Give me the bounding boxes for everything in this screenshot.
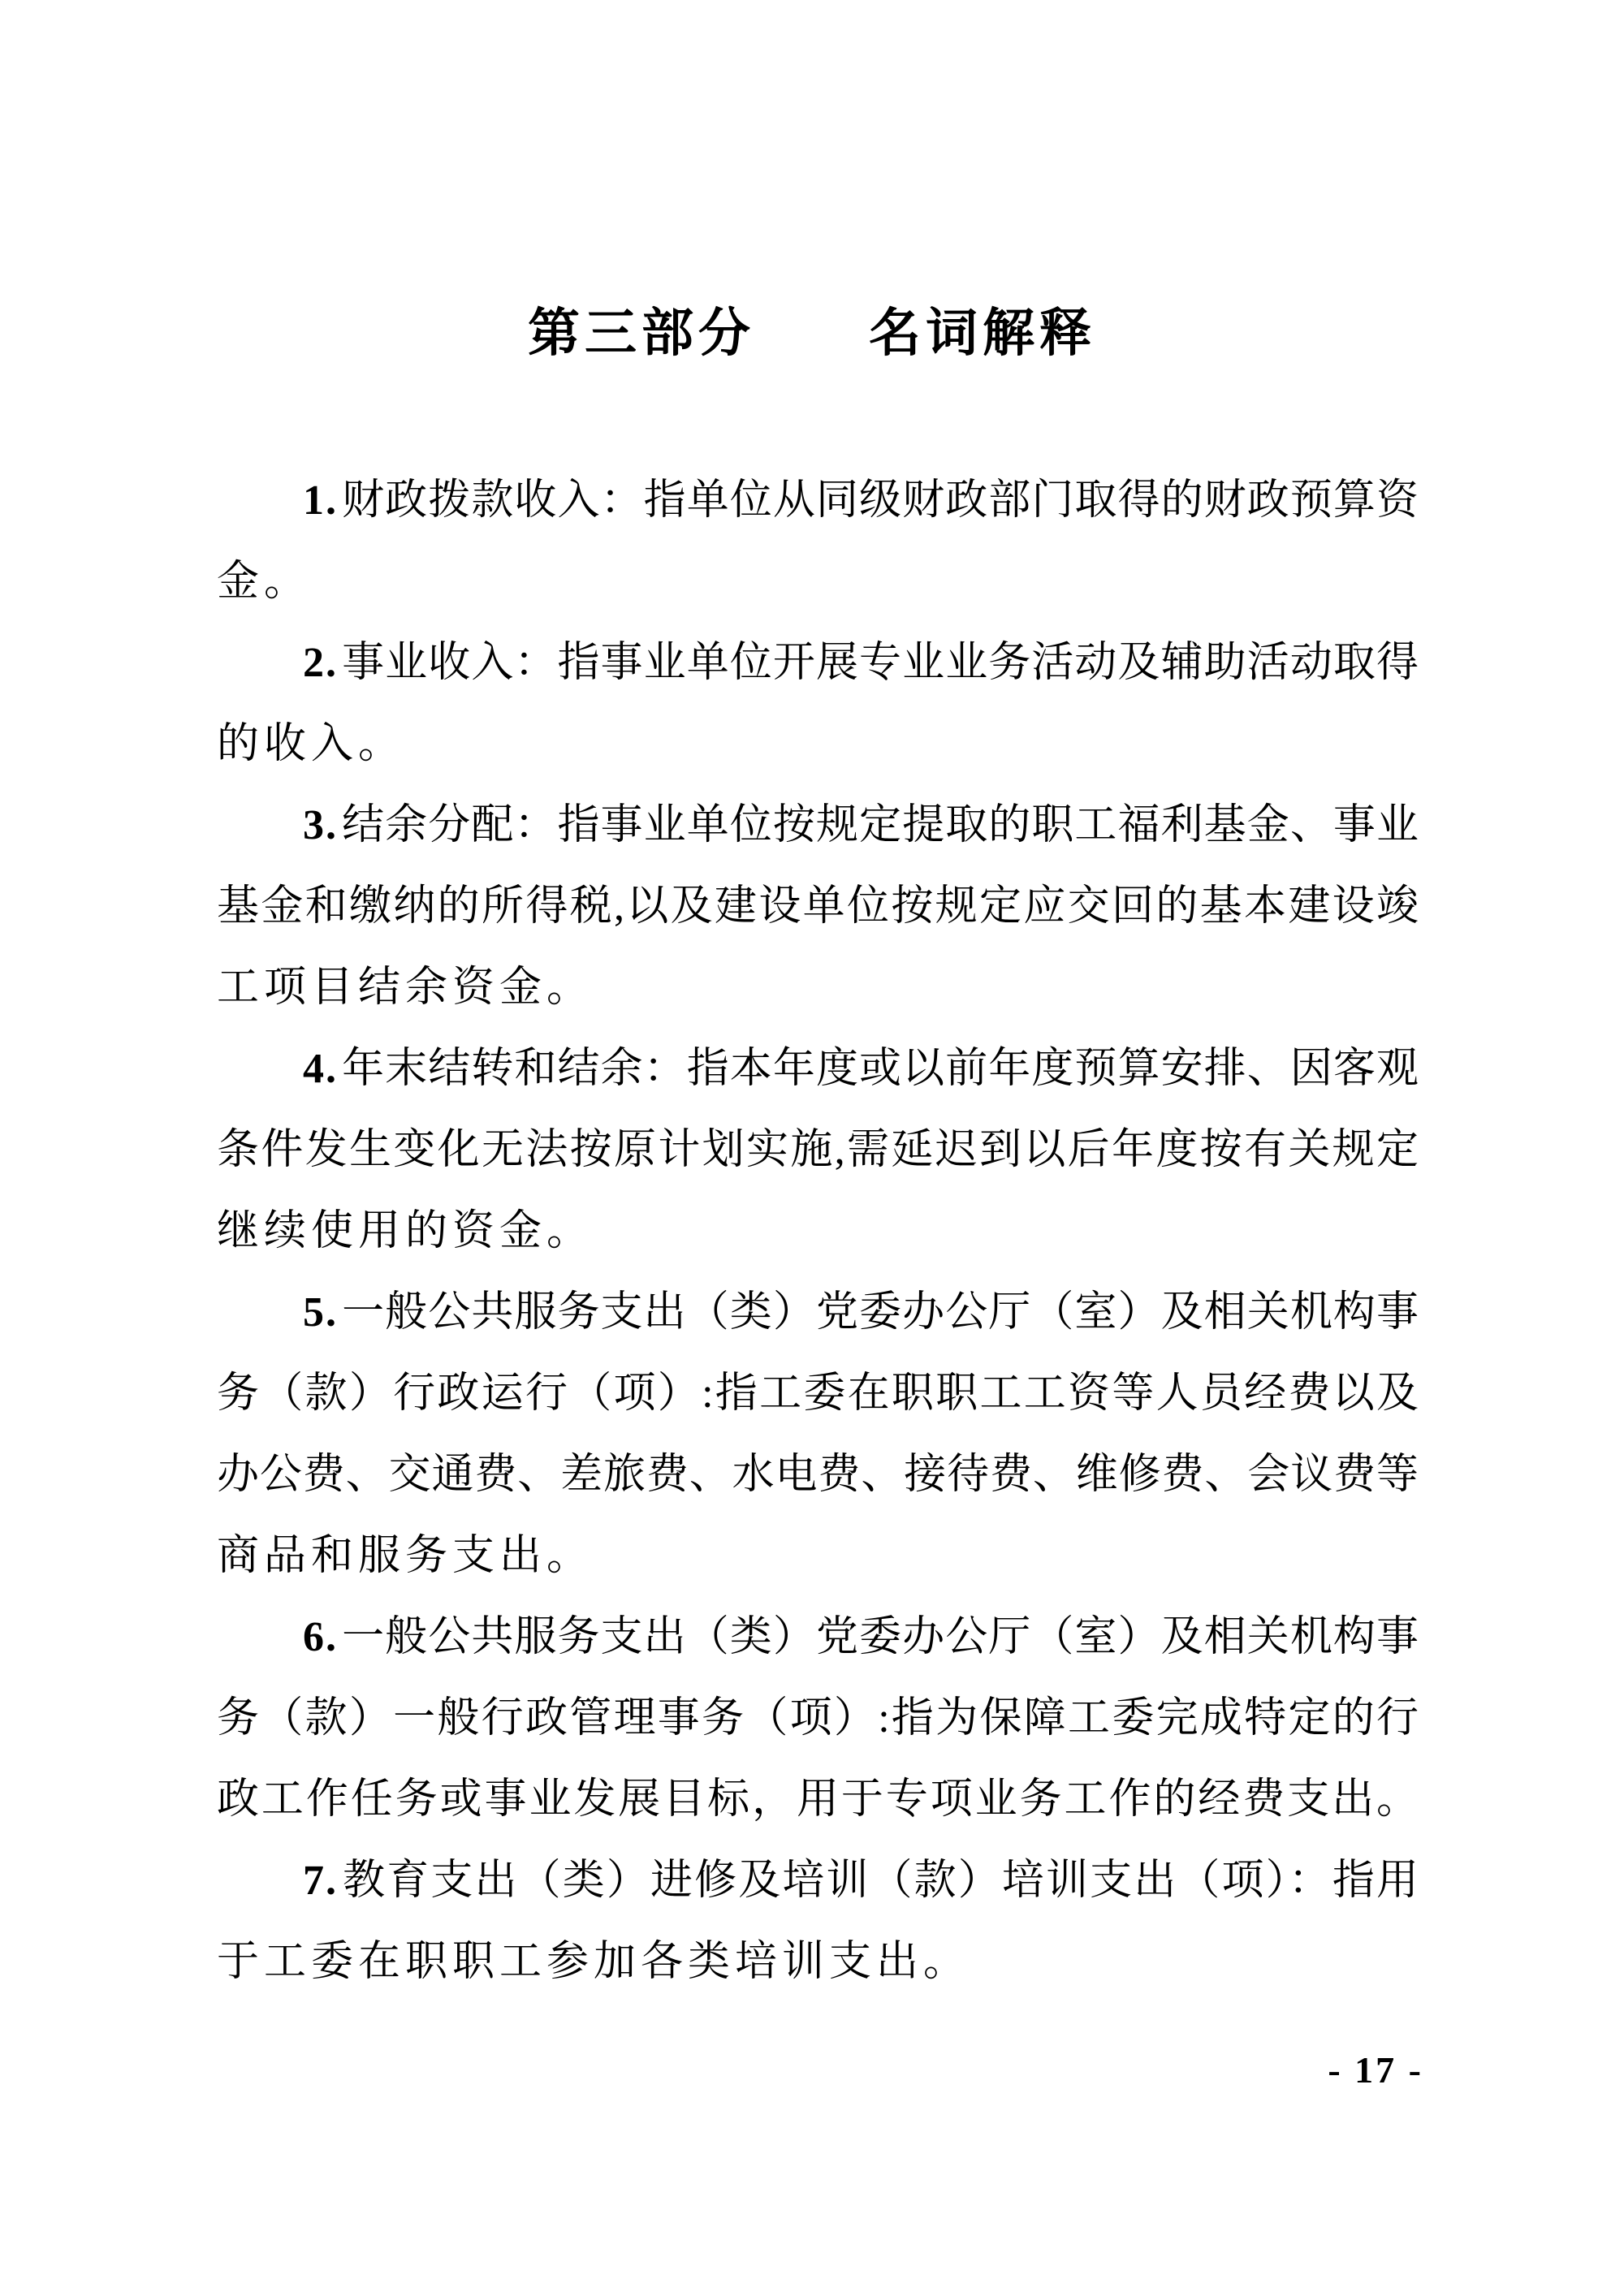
list-number: 1. [303, 477, 341, 524]
body-text: 1.财政拨款收入：指单位从同级财政部门取得的财政预算资金。2.事业收入：指事业单… [217, 460, 1419, 2003]
list-number: 3. [303, 802, 341, 848]
list-number: 5. [303, 1289, 341, 1336]
page-title: 第三部分 名词解释 [0, 299, 1624, 367]
list-number: 7. [303, 1858, 341, 1904]
text-line: 的收入。 [217, 704, 1419, 785]
text-line: 4.年末结转和结余：指本年度或以前年度预算安排、因客观 [217, 1029, 1419, 1110]
text-line: 基金和缴纳的所得税,以及建设单位按规定应交回的基本建设竣 [217, 866, 1419, 947]
text-line: 办公费、交通费、差旅费、水电费、接待费、维修费、会议费等 [217, 1435, 1419, 1516]
text-line: 于工委在职职工参加各类培训支出。 [217, 1922, 1419, 2003]
page-number: - 17 - [1328, 2050, 1423, 2091]
text-line: 继续使用的资金。 [217, 1191, 1419, 1272]
text-line: 6.一般公共服务支出（类）党委办公厅（室）及相关机构事 [217, 1597, 1419, 1678]
text-line: 政工作任务或事业发展目标，用于专项业务工作的经费支出。 [217, 1759, 1419, 1841]
text-line: 1.财政拨款收入：指单位从同级财政部门取得的财政预算资 [217, 460, 1419, 542]
list-number: 2. [303, 640, 341, 686]
text-line: 务（款）一般行政管理事务（项）:指为保障工委完成特定的行 [217, 1678, 1419, 1759]
text-line: 商品和服务支出。 [217, 1516, 1419, 1597]
text-line: 工项目结余资金。 [217, 947, 1419, 1029]
list-number: 4. [303, 1046, 341, 1092]
text-line: 金。 [217, 542, 1419, 623]
text-line: 条件发生变化无法按原计划实施,需延迟到以后年度按有关规定 [217, 1110, 1419, 1191]
text-line: 2.事业收入：指事业单位开展专业业务活动及辅助活动取得 [217, 623, 1419, 704]
list-number: 6. [303, 1614, 341, 1660]
text-line: 5.一般公共服务支出（类）党委办公厅（室）及相关机构事 [217, 1272, 1419, 1353]
text-line: 3.结余分配：指事业单位按规定提取的职工福利基金、事业 [217, 785, 1419, 866]
document-page: 第三部分 名词解释 1.财政拨款收入：指单位从同级财政部门取得的财政预算资金。2… [0, 0, 1624, 2296]
text-line: 7.教育支出（类）进修及培训（款）培训支出（项）：指用 [217, 1841, 1419, 1922]
text-line: 务（款）行政运行（项）:指工委在职职工工资等人员经费以及 [217, 1353, 1419, 1435]
